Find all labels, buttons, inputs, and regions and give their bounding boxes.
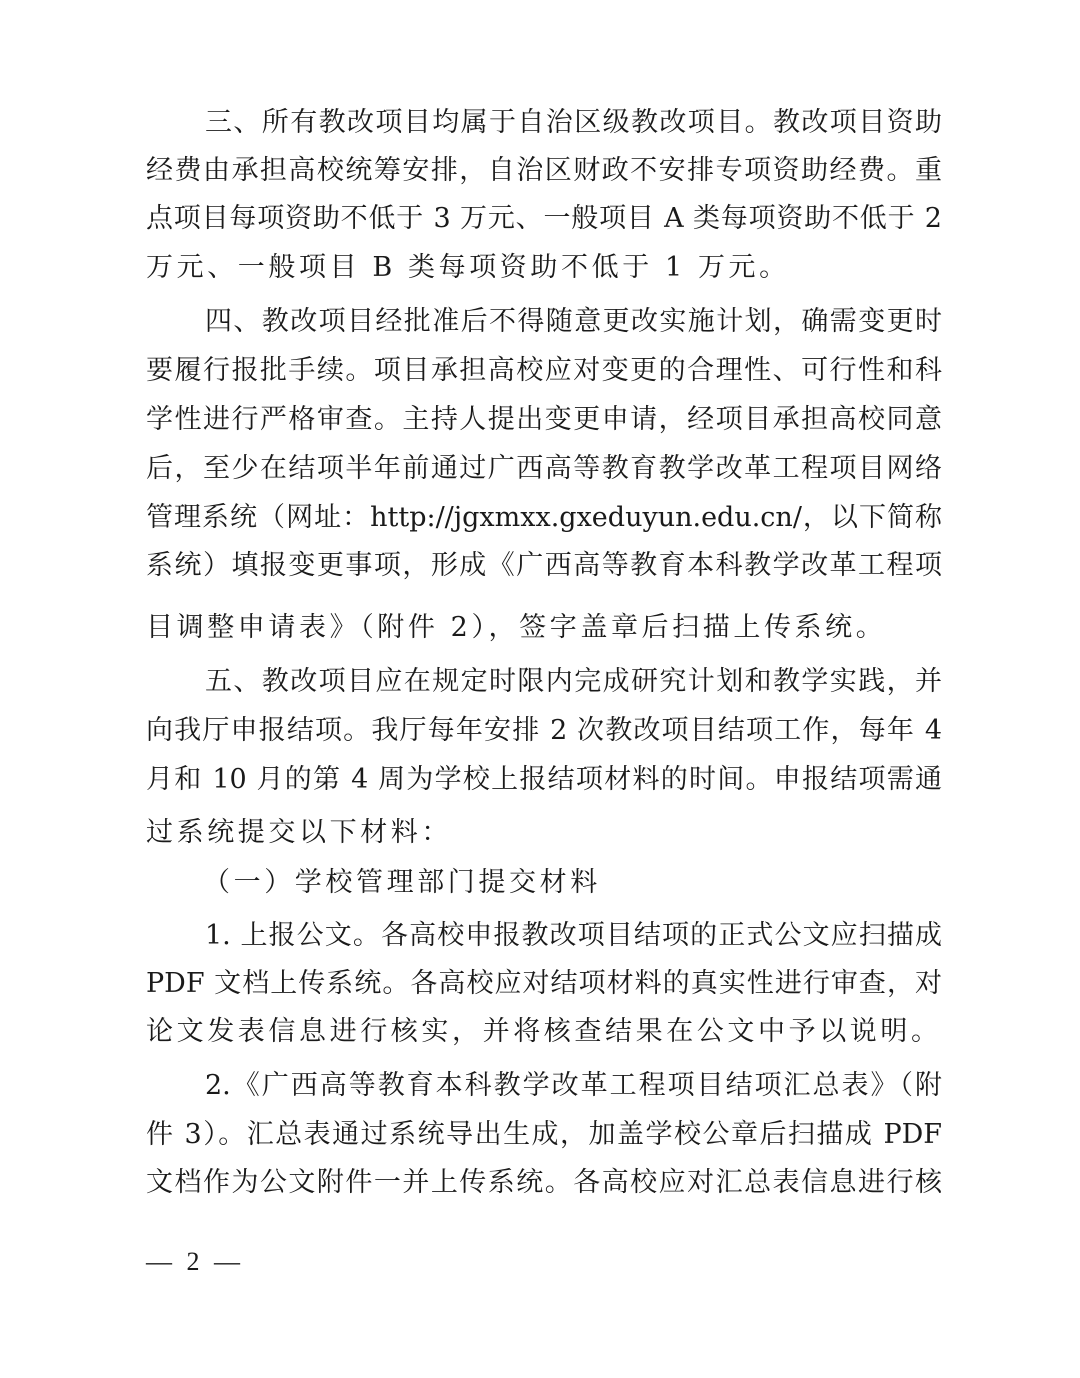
item-2-line-1: 2.《广西高等教育本科教学改革工程项目结项汇总表》（附	[205, 1066, 942, 1106]
page-number: — 2 —	[146, 1244, 244, 1280]
section-5-line-2: 向我厅申报结项。我厅每年安排 2 次教改项目结项工作，每年 4	[146, 711, 942, 751]
item-2-line-3: 文档作为公文附件一并上传系统。各高校应对汇总表信息进行核	[146, 1163, 942, 1203]
section-3-line-1: 三、所有教改项目均属于自治区级教改项目。教改项目资助	[205, 103, 942, 143]
section-4-line-6: 系统）填报变更事项，形成《广西高等教育本科教学改革工程项	[146, 546, 942, 586]
document-page: 三、所有教改项目均属于自治区级教改项目。教改项目资助 经费由承担高校统筹安排，自…	[0, 0, 1080, 1378]
section-5-line-1: 五、教改项目应在规定时限内完成研究计划和教学实践，并	[205, 662, 942, 702]
section-4-line-4: 后，至少在结项半年前通过广西高等教育教学改革工程项目网络	[146, 449, 942, 489]
section-4-line-5-with-url: 管理系统（网址：http://jgxmxx.gxeduyun.edu.cn/，以…	[146, 498, 942, 538]
section-4-line-2: 要履行报批手续。项目承担高校应对变更的合理性、可行性和科	[146, 351, 942, 391]
section-4-line-3: 学性进行严格审查。主持人提出变更申请，经项目承担高校同意	[146, 400, 942, 440]
item-1-line-1: 1. 上报公文。各高校申报教改项目结项的正式公文应扫描成	[205, 916, 942, 956]
section-3-line-2: 经费由承担高校统筹安排，自治区财政不安排专项资助经费。重	[146, 151, 942, 191]
section-3-line-4: 万元、一般项目 B 类每项资助不低于 1 万元。	[146, 248, 942, 288]
section-4-line-7: 目调整申请表》（附件 2），签字盖章后扫描上传系统。	[146, 608, 942, 648]
section-4-line-1: 四、教改项目经批准后不得随意更改实施计划，确需变更时	[205, 302, 942, 342]
item-1-line-2: PDF 文档上传系统。各高校应对结项材料的真实性进行审查，对	[146, 964, 942, 1004]
item-2-line-2: 件 3）。汇总表通过系统导出生成，加盖学校公章后扫描成 PDF	[146, 1115, 942, 1155]
item-1-line-3: 论文发表信息进行核实，并将核查结果在公文中予以说明。	[146, 1012, 942, 1052]
section-3-line-3: 点项目每项资助不低于 3 万元、一般项目 A 类每项资助不低于 2	[146, 199, 942, 239]
section-5-line-3: 月和 10 月的第 4 周为学校上报结项材料的时间。申报结项需通	[146, 760, 942, 800]
subsection-heading: （一）学校管理部门提交材料	[203, 863, 601, 903]
section-5-line-4: 过系统提交以下材料：	[146, 813, 942, 853]
